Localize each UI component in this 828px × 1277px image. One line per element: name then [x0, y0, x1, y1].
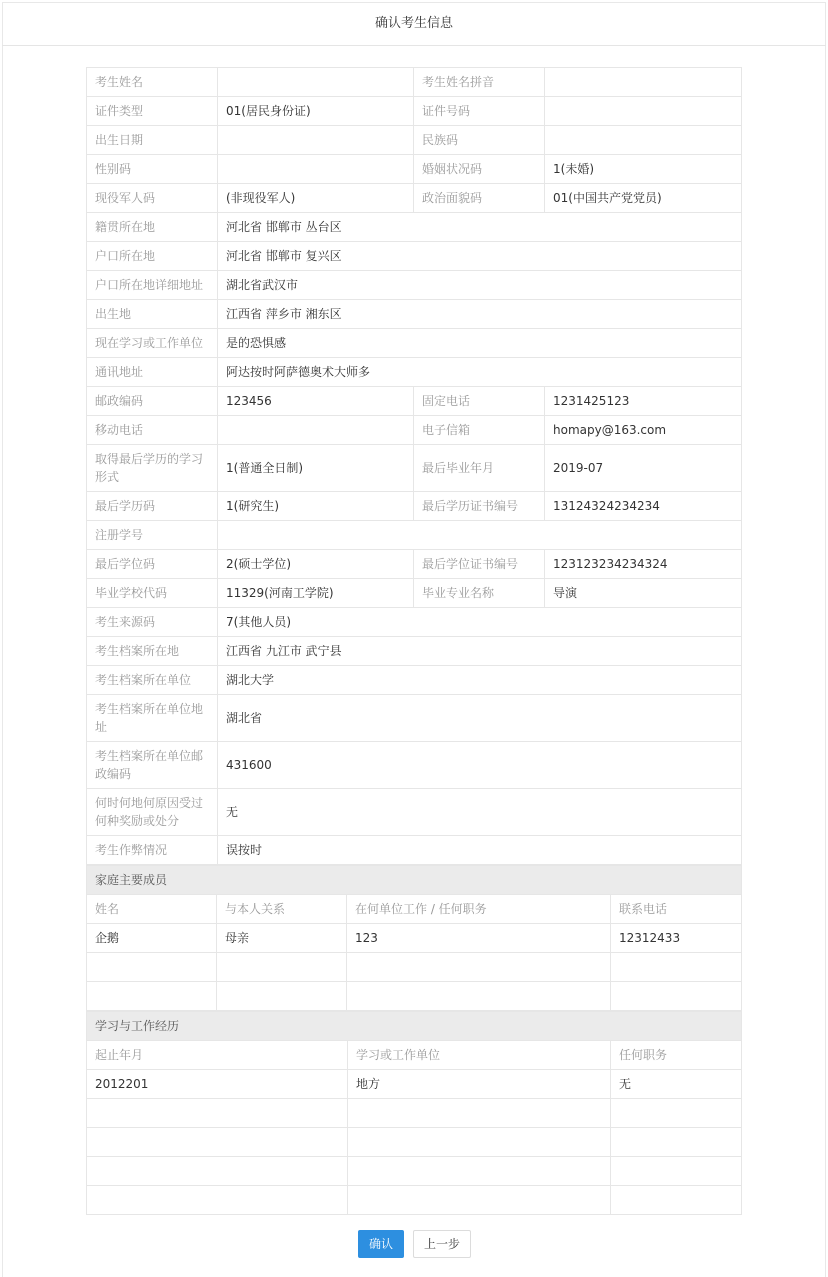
- field-value: [218, 126, 414, 155]
- table-cell: [611, 953, 742, 982]
- info-row: 取得最后学历的学习形式1(普通全日制)最后毕业年月2019-07: [87, 445, 742, 492]
- previous-step-button[interactable]: 上一步: [413, 1230, 471, 1258]
- info-form: 考生姓名考生姓名拼音证件类型01(居民身份证)证件号码出生日期民族码性别码婚姻状…: [86, 67, 741, 1215]
- field-value: 是的恐惧感: [218, 329, 742, 358]
- info-row: 何时何地何原因受过何种奖励或处分无: [87, 789, 742, 836]
- table-cell: [87, 982, 217, 1011]
- field-label: 毕业学校代码: [87, 579, 218, 608]
- table-row: [87, 982, 742, 1011]
- table-cell: [611, 1099, 742, 1128]
- info-row: 邮政编码123456固定电话1231425123: [87, 387, 742, 416]
- info-row: 考生姓名考生姓名拼音: [87, 68, 742, 97]
- field-value: [218, 155, 414, 184]
- field-label: 最后学位码: [87, 550, 218, 579]
- field-label: 出生日期: [87, 126, 218, 155]
- field-value: 无: [218, 789, 742, 836]
- table-cell: [611, 1157, 742, 1186]
- table-cell: [348, 1157, 611, 1186]
- table-cell: [87, 953, 217, 982]
- table-row: [87, 1128, 742, 1157]
- table-cell: [87, 1128, 348, 1157]
- field-label: 出生地: [87, 300, 218, 329]
- column-header: 与本人关系: [217, 895, 347, 924]
- field-value: 2(硕士学位): [218, 550, 414, 579]
- field-value: (非现役军人): [218, 184, 414, 213]
- field-label: 考生档案所在单位邮政编码: [87, 742, 218, 789]
- table-row: [87, 1157, 742, 1186]
- field-value: 河北省 邯郸市 丛台区: [218, 213, 742, 242]
- table-cell: 12312433: [611, 924, 742, 953]
- field-label: 邮政编码: [87, 387, 218, 416]
- table-cell: [348, 1186, 611, 1215]
- field-value: [218, 521, 742, 550]
- table-cell: 母亲: [217, 924, 347, 953]
- table-cell: [611, 1128, 742, 1157]
- field-label: 最后学历证书编号: [414, 492, 545, 521]
- info-row: 出生日期民族码: [87, 126, 742, 155]
- table-cell: [348, 1099, 611, 1128]
- info-row: 性别码婚姻状况码1(未婚): [87, 155, 742, 184]
- info-row: 考生作弊情况误按时: [87, 836, 742, 865]
- table-cell: 无: [611, 1070, 742, 1099]
- field-label: 考生档案所在地: [87, 637, 218, 666]
- field-label: 最后学历码: [87, 492, 218, 521]
- field-value: [218, 416, 414, 445]
- field-value: 1(未婚): [545, 155, 742, 184]
- info-row: 通讯地址阿达按时阿萨德奥术大师多: [87, 358, 742, 387]
- table-row: 2012201地方无: [87, 1070, 742, 1099]
- table-cell: [87, 1157, 348, 1186]
- field-label: 民族码: [414, 126, 545, 155]
- field-value: 阿达按时阿萨德奥术大师多: [218, 358, 742, 387]
- info-row: 现役军人码(非现役军人)政治面貌码01(中国共产党党员): [87, 184, 742, 213]
- table-row: 企鹅母亲12312312433: [87, 924, 742, 953]
- table-cell: 地方: [348, 1070, 611, 1099]
- table-row: [87, 1186, 742, 1215]
- section-header: 家庭主要成员: [87, 866, 742, 895]
- info-row: 出生地江西省 萍乡市 湘东区: [87, 300, 742, 329]
- section-header: 学习与工作经历: [87, 1012, 742, 1041]
- field-value: 导演: [545, 579, 742, 608]
- field-label: 考生姓名拼音: [414, 68, 545, 97]
- info-row: 最后学历码1(研究生)最后学历证书编号13124324234234: [87, 492, 742, 521]
- info-row: 考生档案所在地江西省 九江市 武宁县: [87, 637, 742, 666]
- field-label: 性别码: [87, 155, 218, 184]
- field-label: 户口所在地: [87, 242, 218, 271]
- table-cell: [347, 982, 611, 1011]
- field-value: 误按时: [218, 836, 742, 865]
- table-row: [87, 953, 742, 982]
- field-label: 电子信箱: [414, 416, 545, 445]
- field-value: 河北省 邯郸市 复兴区: [218, 242, 742, 271]
- field-label: 户口所在地详细地址: [87, 271, 218, 300]
- column-header: 姓名: [87, 895, 217, 924]
- field-label: 最后毕业年月: [414, 445, 545, 492]
- field-label: 最后学位证书编号: [414, 550, 545, 579]
- field-value: 1231425123: [545, 387, 742, 416]
- field-label: 注册学号: [87, 521, 218, 550]
- column-header: 联系电话: [611, 895, 742, 924]
- info-row: 现在学习或工作单位是的恐惧感: [87, 329, 742, 358]
- table-cell: [347, 953, 611, 982]
- family-section-title: 家庭主要成员: [87, 866, 742, 895]
- column-header: 在何单位工作 / 任何职务: [347, 895, 611, 924]
- field-label: 考生姓名: [87, 68, 218, 97]
- field-label: 移动电话: [87, 416, 218, 445]
- experience-table: 学习与工作经历起止年月学习或工作单位任何职务2012201地方无: [86, 1011, 742, 1215]
- field-value: [545, 126, 742, 155]
- info-row: 最后学位码2(硕士学位)最后学位证书编号123123234234324: [87, 550, 742, 579]
- table-cell: [611, 1186, 742, 1215]
- info-row: 移动电话电子信箱homapy@163.com: [87, 416, 742, 445]
- field-label: 政治面貌码: [414, 184, 545, 213]
- field-label: 婚姻状况码: [414, 155, 545, 184]
- info-row: 注册学号: [87, 521, 742, 550]
- field-label: 毕业专业名称: [414, 579, 545, 608]
- info-row: 考生来源码7(其他人员): [87, 608, 742, 637]
- field-value: 湖北省: [218, 695, 742, 742]
- info-row: 毕业学校代码11329(河南工学院)毕业专业名称导演: [87, 579, 742, 608]
- field-label: 考生档案所在单位: [87, 666, 218, 695]
- table-cell: [217, 953, 347, 982]
- table-row: [87, 1099, 742, 1128]
- field-label: 固定电话: [414, 387, 545, 416]
- info-row: 考生档案所在单位地址湖北省: [87, 695, 742, 742]
- field-label: 现在学习或工作单位: [87, 329, 218, 358]
- field-value: 1(研究生): [218, 492, 414, 521]
- field-value: 01(中国共产党党员): [545, 184, 742, 213]
- field-value: [218, 68, 414, 97]
- confirm-button[interactable]: 确认: [358, 1230, 404, 1258]
- field-label: 籍贯所在地: [87, 213, 218, 242]
- header-row: 起止年月学习或工作单位任何职务: [87, 1041, 742, 1070]
- info-row: 籍贯所在地河北省 邯郸市 丛台区: [87, 213, 742, 242]
- page-title: 确认考生信息: [2, 2, 826, 46]
- field-label: 证件号码: [414, 97, 545, 126]
- field-label: 考生来源码: [87, 608, 218, 637]
- field-label: 取得最后学历的学习形式: [87, 445, 218, 492]
- table-cell: [348, 1128, 611, 1157]
- action-bar: 确认 上一步: [358, 1230, 471, 1258]
- field-value: 123456: [218, 387, 414, 416]
- table-cell: [87, 1186, 348, 1215]
- field-value: 湖北大学: [218, 666, 742, 695]
- field-value: [545, 97, 742, 126]
- info-row: 考生档案所在单位湖北大学: [87, 666, 742, 695]
- field-value: 2019-07: [545, 445, 742, 492]
- field-label: 考生档案所在单位地址: [87, 695, 218, 742]
- basic-info-table: 考生姓名考生姓名拼音证件类型01(居民身份证)证件号码出生日期民族码性别码婚姻状…: [86, 67, 742, 865]
- field-value: [545, 68, 742, 97]
- info-row: 户口所在地详细地址湖北省武汉市: [87, 271, 742, 300]
- field-value: homapy@163.com: [545, 416, 742, 445]
- field-label: 证件类型: [87, 97, 218, 126]
- field-value: 江西省 九江市 武宁县: [218, 637, 742, 666]
- field-value: 123123234234324: [545, 550, 742, 579]
- family-table: 家庭主要成员姓名与本人关系在何单位工作 / 任何职务联系电话企鹅母亲123123…: [86, 865, 742, 1011]
- column-header: 任何职务: [611, 1041, 742, 1070]
- field-value: 01(居民身份证): [218, 97, 414, 126]
- info-row: 考生档案所在单位邮政编码431600: [87, 742, 742, 789]
- info-row: 户口所在地河北省 邯郸市 复兴区: [87, 242, 742, 271]
- field-label: 通讯地址: [87, 358, 218, 387]
- table-cell: 企鹅: [87, 924, 217, 953]
- table-cell: 123: [347, 924, 611, 953]
- field-label: 何时何地何原因受过何种奖励或处分: [87, 789, 218, 836]
- column-header: 起止年月: [87, 1041, 348, 1070]
- field-value: 1(普通全日制): [218, 445, 414, 492]
- field-value: 7(其他人员): [218, 608, 742, 637]
- field-value: 11329(河南工学院): [218, 579, 414, 608]
- table-cell: [87, 1099, 348, 1128]
- field-value: 431600: [218, 742, 742, 789]
- field-value: 湖北省武汉市: [218, 271, 742, 300]
- field-value: 13124324234234: [545, 492, 742, 521]
- table-cell: [217, 982, 347, 1011]
- field-value: 江西省 萍乡市 湘东区: [218, 300, 742, 329]
- info-row: 证件类型01(居民身份证)证件号码: [87, 97, 742, 126]
- experience-section-title: 学习与工作经历: [87, 1012, 742, 1041]
- header-row: 姓名与本人关系在何单位工作 / 任何职务联系电话: [87, 895, 742, 924]
- table-cell: [611, 982, 742, 1011]
- table-cell: 2012201: [87, 1070, 348, 1099]
- column-header: 学习或工作单位: [348, 1041, 611, 1070]
- field-label: 现役军人码: [87, 184, 218, 213]
- field-label: 考生作弊情况: [87, 836, 218, 865]
